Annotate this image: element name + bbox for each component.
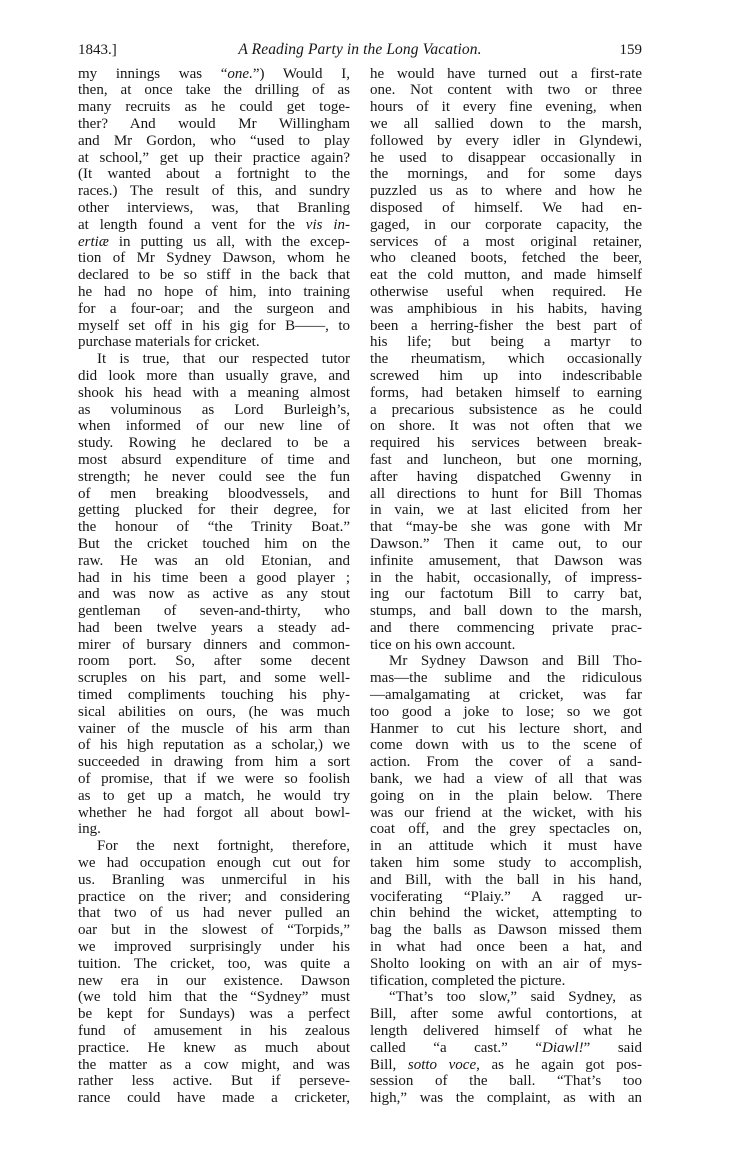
italic-text: one. xyxy=(227,66,252,82)
text-line: did look more than usually grave, and xyxy=(78,368,350,385)
text-line: his life; but being a martyr to xyxy=(370,334,642,351)
text-line: gentleman of seven-and-thirty, who xyxy=(78,603,350,620)
text-line: fast and luncheon, but one morning, xyxy=(370,452,642,469)
text-line: as voluminous as Lord Burleigh’s, xyxy=(78,402,350,419)
text-line: ing our factotum Bill to carry bat, xyxy=(370,586,642,603)
text-line: tuition. The cricket, too, was quite a xyxy=(78,956,350,973)
text-line: required his services between break- xyxy=(370,435,642,452)
text-line: disposed of himself. We had en- xyxy=(370,200,642,217)
text-line: of promise, that if we were so foolish xyxy=(78,771,350,788)
text-line: the rheumatism, which occasionally xyxy=(370,351,642,368)
text-line: a precarious subsistence as he could xyxy=(370,402,642,419)
text-line: in the habit, occasionally, of impress- xyxy=(370,570,642,587)
text-line: mirer of bursary dinners and common- xyxy=(78,637,350,654)
text-line: most absurd expenditure of time and xyxy=(78,452,350,469)
text-line: eat the cold mutton, and made himself xyxy=(370,267,642,284)
text-run: called “a cast.” “ xyxy=(370,1040,542,1056)
text-line: timed compliments touching his phy- xyxy=(78,687,350,704)
text-line: followed by every idler in Glyndewi, xyxy=(370,133,642,150)
italic-text: ertiæ xyxy=(78,234,109,250)
text-line: Mr Sydney Dawson and Bill Tho- xyxy=(370,653,642,670)
text-line: hours of it every fine evening, when xyxy=(370,99,642,116)
italic-text: vis in- xyxy=(306,217,350,233)
text-line: myself set off in his gig for B——, to xyxy=(78,318,350,335)
text-line: tice on his own account. xyxy=(370,637,642,654)
text-line: puzzled us as to where and how he xyxy=(370,183,642,200)
text-line: ther? And would Mr Willingham xyxy=(78,116,350,133)
text-line: at school,” get up their practice again? xyxy=(78,150,350,167)
text-line: Hanmer to cut his lecture short, and xyxy=(370,721,642,738)
text-line: vociferating “Plaiy.” A ragged ur- xyxy=(370,889,642,906)
text-line: he used to disappear occasionally in xyxy=(370,150,642,167)
text-line: study. Rowing he declared to be a xyxy=(78,435,350,452)
text-line: length delivered himself of what he xyxy=(370,1023,642,1040)
running-head: 1843.] A Reading Party in the Long Vacat… xyxy=(78,41,642,59)
text-line: at length found a vent for the vis in- xyxy=(78,217,350,234)
text-line: then, at once take the drilling of as xyxy=(78,82,350,99)
text-line: we all sallied down to the marsh, xyxy=(370,116,642,133)
italic-text: Diawl! xyxy=(542,1040,584,1056)
text-line: “That’s too slow,” said Sydney, as xyxy=(370,989,642,1006)
text-line: called “a cast.” “Diawl!” said xyxy=(370,1040,642,1057)
text-line: be kept for Sundays) was a perfect xyxy=(78,1006,350,1023)
text-line: sical abilities on ours, (he was much xyxy=(78,704,350,721)
text-line: and Mr Gordon, who “used to play xyxy=(78,133,350,150)
text-line: room port. So, after some decent xyxy=(78,653,350,670)
text-line: we had occupation enough cut out for xyxy=(78,855,350,872)
text-line: we improved surprisingly under his xyxy=(78,939,350,956)
text-line: stumps, and ball down to the marsh, xyxy=(370,603,642,620)
text-line: rather less active. But if perseve- xyxy=(78,1073,350,1090)
text-line: after having dispatched Gwenny in xyxy=(370,469,642,486)
text-line: new era in our existence. Dawson xyxy=(78,973,350,990)
text-line: But the cricket touched him on the xyxy=(78,536,350,553)
text-line: otherwise useful when required. He xyxy=(370,284,642,301)
text-line: and there commencing private prac- xyxy=(370,620,642,637)
text-line: Bill, after some awful contortions, at xyxy=(370,1006,642,1023)
text-line: was our friend at the wicket, with his xyxy=(370,805,642,822)
text-line: (we told him that the “Sydney” must xyxy=(78,989,350,1006)
text-line: vainer of the muscle of his arm than xyxy=(78,721,350,738)
text-line: For the next fortnight, therefore, xyxy=(78,838,350,855)
text-line: services of a most original retainer, xyxy=(370,234,642,251)
text-line: —amalgamating at cricket, was far xyxy=(370,687,642,704)
text-line: (It wanted about a fortnight to the xyxy=(78,166,350,183)
text-line: tion of Mr Sydney Dawson, whom he xyxy=(78,250,350,267)
text-line: mas—the sublime and the ridiculous xyxy=(370,670,642,687)
text-line: many recruits as he could get toge- xyxy=(78,99,350,116)
text-line: other interviews, was, that Branling xyxy=(78,200,350,217)
text-line: been a herring-fisher the best part of xyxy=(370,318,642,335)
text-line: that “may-be she was gone with Mr xyxy=(370,519,642,536)
text-line: ing. xyxy=(78,821,350,838)
right-column: he would have turned out a first-rateone… xyxy=(370,66,642,1107)
left-column: my innings was “one.”) Would I,then, at … xyxy=(78,66,350,1107)
text-line: chin behind the wicket, attempting to xyxy=(370,905,642,922)
text-line: my innings was “one.”) Would I, xyxy=(78,66,350,83)
italic-text: sotto voce, xyxy=(408,1057,480,1073)
text-line: of men breaking bloodvessels, and xyxy=(78,486,350,503)
text-line: in what had once been a hat, and xyxy=(370,939,642,956)
text-line: the matter as a cow might, and was xyxy=(78,1057,350,1074)
text-line: practice on the river; and considering xyxy=(78,889,350,906)
text-line: that two of us had never pulled an xyxy=(78,905,350,922)
text-line: all directions to hunt for Bill Thomas xyxy=(370,486,642,503)
text-line: infinite amusement, that Dawson was xyxy=(370,553,642,570)
text-line: Bill, sotto voce, as he again got pos- xyxy=(370,1057,642,1074)
text-line: the honour of “the Trinity Boat.” xyxy=(78,519,350,536)
text-line: had in his time been a good player ; xyxy=(78,570,350,587)
text-line: in vain, we at last elicited from her xyxy=(370,502,642,519)
text-line: It is true, that our respected tutor xyxy=(78,351,350,368)
text-line: strength; he never could see the fun xyxy=(78,469,350,486)
text-line: and Bill, with the ball in his hand, xyxy=(370,872,642,889)
text-line: who cleaned boots, fetched the beer, xyxy=(370,250,642,267)
text-line: session of the ball. “That’s too xyxy=(370,1073,642,1090)
page-number: 159 xyxy=(620,41,643,59)
text-line: bag the balls as Dawson missed them xyxy=(370,922,642,939)
text-line: had been twelve years a steady ad- xyxy=(78,620,350,637)
text-run: Bill, xyxy=(370,1057,408,1073)
text-line: was amphibious in his habits, having xyxy=(370,301,642,318)
text-line: declared to be so stiff in the back that xyxy=(78,267,350,284)
text-run: ” said xyxy=(584,1040,642,1056)
text-line: he would have turned out a first-rate xyxy=(370,66,642,83)
text-run: at length found a vent for the xyxy=(78,217,306,233)
text-line: for a four-oar; and the surgeon and xyxy=(78,301,350,318)
text-line: bank, we had a view of all that was xyxy=(370,771,642,788)
text-line: rance could have made a cricketer, xyxy=(78,1090,350,1107)
text-line: going on in the plain below. There xyxy=(370,788,642,805)
text-line: tification, completed the picture. xyxy=(370,973,642,990)
text-line: in an attitude which it must have xyxy=(370,838,642,855)
text-line: forms, had betaken himself to earning xyxy=(370,385,642,402)
text-line: scruples on his part, and some well- xyxy=(78,670,350,687)
text-line: coat off, and the grey spectacles on, xyxy=(370,821,642,838)
text-line: action. From the cover of a sand- xyxy=(370,754,642,771)
text-line: taken him some study to accomplish, xyxy=(370,855,642,872)
text-line: the mornings, and for some days xyxy=(370,166,642,183)
text-line: gaged, in our corporate capacity, the xyxy=(370,217,642,234)
text-line: too good a joke to lose; so we got xyxy=(370,704,642,721)
text-line: getting plucked for their degree, for xyxy=(78,502,350,519)
text-run: in putting us all, with the excep- xyxy=(109,234,350,250)
text-run: ”) Would I, xyxy=(253,66,350,82)
text-line: us. Branling was unmerciful in his xyxy=(78,872,350,889)
text-line: high,” was the complaint, as with an xyxy=(370,1090,642,1107)
text-line: come down with us to the scene of xyxy=(370,737,642,754)
text-line: shook his head with a meaning almost xyxy=(78,385,350,402)
text-line: on shore. It was not often that we xyxy=(370,418,642,435)
running-title: A Reading Party in the Long Vacation. xyxy=(78,41,642,59)
text-line: practice. He knew as much about xyxy=(78,1040,350,1057)
text-line: one. Not content with two or three xyxy=(370,82,642,99)
text-line: of his high reputation as a scholar,) we xyxy=(78,737,350,754)
text-run: as he again got pos- xyxy=(480,1057,642,1073)
text-line: and was now as active as any stout xyxy=(78,586,350,603)
text-line: Dawson.” Then it came out, to our xyxy=(370,536,642,553)
text-line: ertiæ in putting us all, with the excep- xyxy=(78,234,350,251)
text-line: succeeded in drawing from him a sort xyxy=(78,754,350,771)
text-line: as to get up a match, he would try xyxy=(78,788,350,805)
text-line: Sholto looking on with an air of mys- xyxy=(370,956,642,973)
text-line: he had no hope of him, into training xyxy=(78,284,350,301)
text-line: fund of amusement in his zealous xyxy=(78,1023,350,1040)
text-line: whether he had forgot all about bowl- xyxy=(78,805,350,822)
text-line: screwed him up into indescribable xyxy=(370,368,642,385)
text-line: raw. He was an old Etonian, and xyxy=(78,553,350,570)
text-line: oar but in the slowest of “Torpids,” xyxy=(78,922,350,939)
text-line: purchase materials for cricket. xyxy=(78,334,350,351)
text-line: races.) The result of this, and sundry xyxy=(78,183,350,200)
text-line: when informed of our new line of xyxy=(78,418,350,435)
text-run: my innings was “ xyxy=(78,66,227,82)
